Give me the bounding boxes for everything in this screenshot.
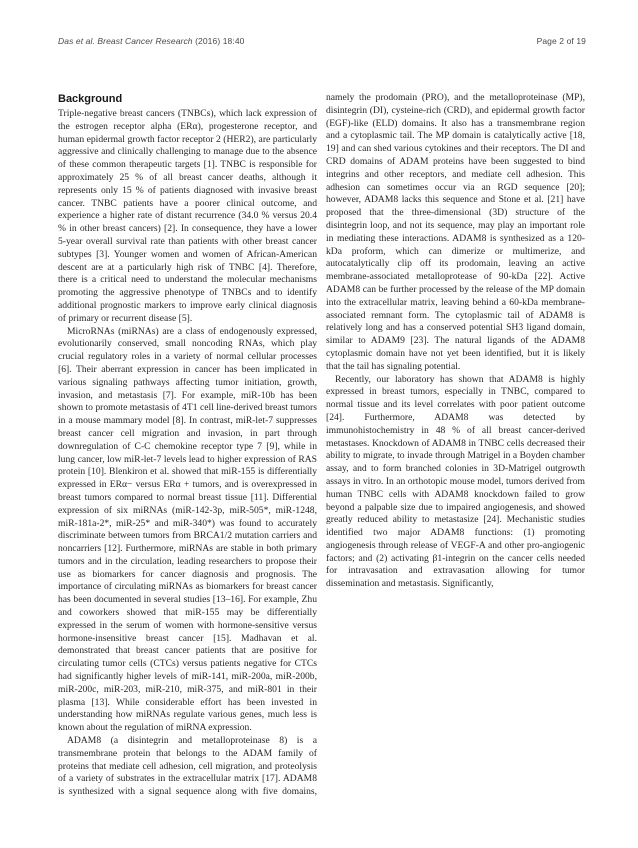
section-heading-background: Background — [58, 92, 317, 106]
page-number: Page 2 of 19 — [537, 36, 586, 46]
page-header: Das et al. Breast Cancer Research (2016)… — [58, 36, 586, 46]
paragraph-tnbc-intro: Triple-negative breast cancers (TNBCs), … — [58, 108, 317, 326]
article-body: Background Triple-negative breast cancer… — [58, 92, 585, 808]
citation-issue: (2016) 18:40 — [193, 36, 245, 46]
paragraph-mirnas: MicroRNAs (miRNAs) are a class of endoge… — [58, 326, 317, 736]
citation-authors-journal: Das et al. Breast Cancer Research — [58, 36, 193, 46]
two-column-text: Background Triple-negative breast cancer… — [58, 92, 585, 808]
running-head-citation: Das et al. Breast Cancer Research (2016)… — [58, 36, 245, 46]
paragraph-adam8-findings: Recently, our laboratory has shown that … — [326, 374, 585, 592]
paper-page: { "header": { "citation_italic": "Das et… — [0, 0, 638, 848]
